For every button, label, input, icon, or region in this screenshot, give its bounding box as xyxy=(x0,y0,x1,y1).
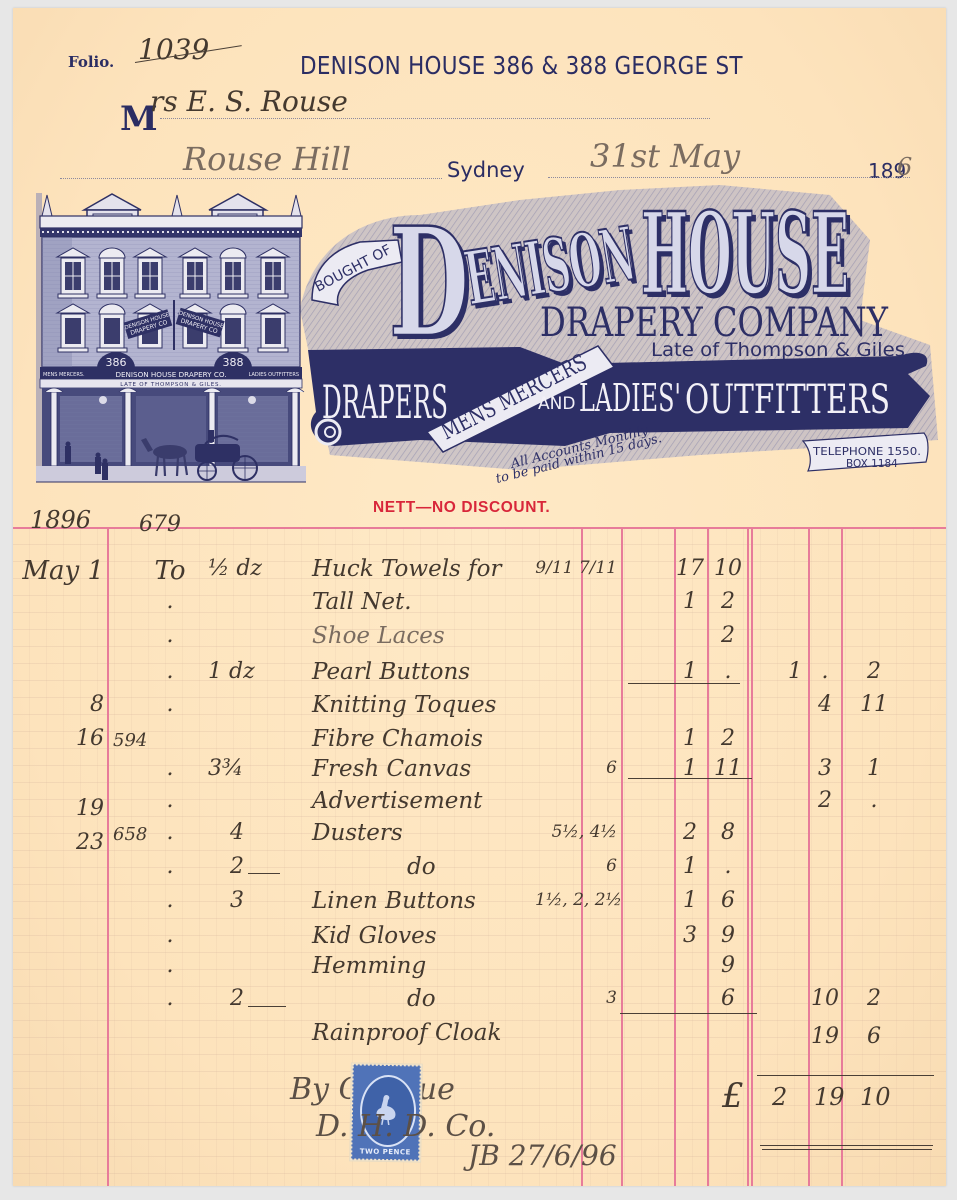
row-pence: . xyxy=(707,661,749,683)
row-date: 19 xyxy=(8,798,104,820)
row-pence: 11 xyxy=(707,758,749,780)
svg-text:D: D xyxy=(389,195,469,371)
drapers-label: DRAPERS xyxy=(322,375,448,429)
signed-for: D. H. D. Co. xyxy=(316,1112,495,1142)
ledger-year: 1896 xyxy=(30,508,91,532)
row-pence: 9 xyxy=(707,955,749,977)
row-description: Advertisement xyxy=(312,790,562,813)
row-date: 8 xyxy=(8,694,104,716)
subtotal-underline xyxy=(628,778,752,779)
outfitters-label: OUTFITTERS xyxy=(685,377,890,423)
row-to: To xyxy=(150,558,190,584)
row-date: 23 xyxy=(8,832,104,854)
row-ditto: . xyxy=(150,625,190,647)
row-shillings: 17 xyxy=(672,558,708,580)
row-description: Hemming xyxy=(312,955,562,978)
row-folio: 594 xyxy=(113,732,159,750)
row-total-shillings: 3 xyxy=(808,758,842,780)
row-price: 5½, 4½ xyxy=(535,824,617,841)
row-total-pounds: 1 xyxy=(752,661,802,683)
total-pounds: 2 xyxy=(772,1085,787,1109)
po-box: BOX 1184 xyxy=(846,458,898,470)
row-shillings: 3 xyxy=(672,925,708,947)
row-description: Tall Net. xyxy=(312,591,562,614)
ledger-rule-date xyxy=(107,528,109,1186)
row-description: Shoe Laces xyxy=(312,625,562,648)
row-description: Fibre Chamois xyxy=(312,728,562,751)
row-ditto: . xyxy=(150,890,190,912)
row-total-pence: 6 xyxy=(848,1026,900,1048)
and-label: AND xyxy=(538,394,575,414)
ledger-rule-pence-b xyxy=(751,528,753,1186)
row-ditto: . xyxy=(150,790,190,812)
row-total-shillings: . xyxy=(808,661,842,683)
row-total-pence: 1 xyxy=(848,758,900,780)
row-total-pence: 11 xyxy=(848,694,900,716)
total-shillings: 19 xyxy=(814,1085,845,1109)
row-description: Pearl Buttons xyxy=(312,661,562,684)
row-shillings: 2 xyxy=(672,822,708,844)
row-qty: 3 xyxy=(208,890,306,912)
row-total-pence: 2 xyxy=(848,661,900,683)
row-description: Rainproof Cloak xyxy=(312,1022,562,1045)
row-total-pence: 2 xyxy=(848,988,900,1010)
total-pence: 10 xyxy=(860,1085,891,1109)
row-total-shillings: 2 xyxy=(808,790,842,812)
row-ditto: . xyxy=(150,856,190,878)
row-pence: 9 xyxy=(707,925,749,947)
row-shillings: 1 xyxy=(672,758,708,780)
row-ditto: . xyxy=(150,694,190,716)
row-date: 16 xyxy=(8,728,104,750)
total-top-rule xyxy=(757,1075,934,1076)
subtotal-underline xyxy=(628,683,740,684)
row-total-shillings: 10 xyxy=(808,988,842,1010)
row-qty: ½ dz xyxy=(208,558,284,580)
row-shillings: 1 xyxy=(672,856,708,878)
row-description: Knitting Toques xyxy=(312,694,562,717)
row-pence: 8 xyxy=(707,822,749,844)
row-shillings: 1 xyxy=(672,890,708,912)
row-price: 9/11 7/11 xyxy=(535,560,617,577)
telephone-number: TELEPHONE 1550. xyxy=(812,446,921,458)
row-shillings: 1 xyxy=(672,728,708,750)
row-total-shillings: 19 xyxy=(808,1026,842,1048)
row-price: 6 xyxy=(535,858,617,875)
row-pence: 2 xyxy=(707,591,749,613)
row-pence: 6 xyxy=(707,988,749,1010)
quantity-dash xyxy=(248,873,280,874)
row-qty: 1 dz xyxy=(208,661,284,683)
total-double-rule-a xyxy=(760,1145,933,1146)
row-total-pence: . xyxy=(848,790,900,812)
sign-late-of: LATE OF THOMPSON & GILES. xyxy=(120,382,222,388)
quantity-dash xyxy=(248,1006,286,1007)
ledger-rule-total-pounds xyxy=(808,528,810,1186)
ledger-account-ref: 679 xyxy=(139,514,181,536)
storefront-building: DENISON HOUSE DRAPERY CO DENISON HOUSE D… xyxy=(36,193,306,482)
total-double-rule-b xyxy=(762,1149,932,1150)
row-qty: 4 xyxy=(208,822,306,844)
pound-sign: £ xyxy=(722,1079,744,1113)
row-description: Linen Buttons xyxy=(312,890,562,913)
receipt-initials-date: JB 27/6/96 xyxy=(468,1142,617,1170)
letterhead-illustration: DENISON HOUSE DRAPERY CO DENISON HOUSE D… xyxy=(0,0,957,500)
row-price: 1½, 2, 2½ xyxy=(535,892,617,909)
row-shillings: 1 xyxy=(672,661,708,683)
row-ditto: . xyxy=(150,758,190,780)
row-date: May 1 xyxy=(8,558,104,584)
stamp-denomination: TWO PENCE xyxy=(351,1147,419,1156)
row-ditto: . xyxy=(150,925,190,947)
row-description: Dusters xyxy=(312,822,562,845)
row-qty: 2 xyxy=(208,856,306,878)
row-description: Kid Gloves xyxy=(312,925,562,948)
row-pence: 6 xyxy=(707,890,749,912)
row-pence: 2 xyxy=(707,728,749,750)
row-shillings: 1 xyxy=(672,591,708,613)
row-price: 6 xyxy=(535,760,617,777)
row-pence: . xyxy=(707,856,749,878)
sign-main: DENISON HOUSE DRAPERY CO. xyxy=(115,370,226,379)
row-description: Fresh Canvas xyxy=(312,758,562,781)
row-ditto: . xyxy=(150,822,190,844)
row-qty: 3¾ xyxy=(208,758,284,780)
nett-no-discount-notice: NETT—NO DISCOUNT. xyxy=(373,499,550,517)
subtotal-underline xyxy=(620,1013,757,1014)
row-ditto: . xyxy=(150,591,190,613)
sign-mens-mercers: MENS MERCERS. xyxy=(43,372,85,378)
row-ditto: . xyxy=(150,955,190,977)
row-price: 3 xyxy=(535,990,617,1007)
sign-ladies-outfitters: LADIES OUTFITTERS xyxy=(249,372,299,378)
row-ditto: . xyxy=(150,988,190,1010)
row-pence: 2 xyxy=(707,625,749,647)
row-total-shillings: 4 xyxy=(808,694,842,716)
row-description: Huck Towels for xyxy=(312,558,562,581)
row-pence: 10 xyxy=(707,558,749,580)
row-ditto: . xyxy=(150,661,190,683)
ladies-label: LADIES' xyxy=(579,376,681,420)
